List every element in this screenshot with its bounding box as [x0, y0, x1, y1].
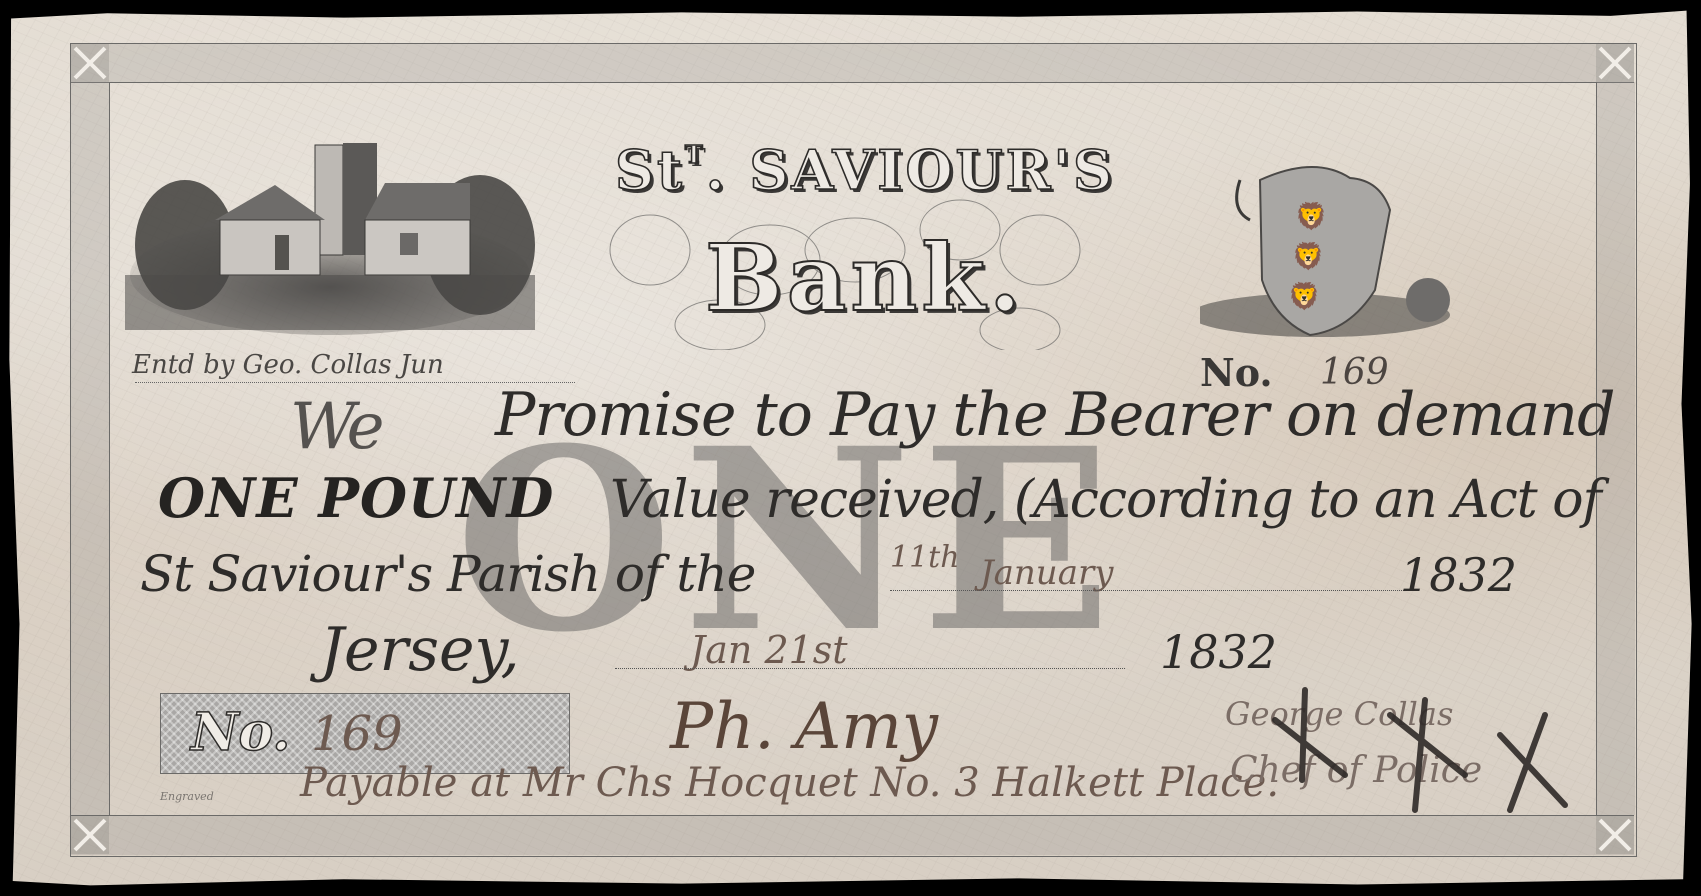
act-year: 1832	[1400, 548, 1517, 602]
entered-by-text: Entd by Geo. Collas Jun	[132, 350, 444, 380]
act-month: January	[980, 553, 1113, 593]
parish-text: St Saviour's Parish of the	[140, 545, 755, 603]
engraver-imprint: Engraved	[160, 790, 214, 803]
act-day: 11th	[890, 540, 960, 575]
cancellation-marks-icon	[1260, 660, 1600, 820]
corner-cross-icon	[1596, 816, 1634, 854]
church-vignette-icon	[125, 125, 535, 335]
bank-name-prefix: St	[615, 138, 685, 202]
promise-text: Promise to Pay the Bearer on demand	[495, 380, 1614, 450]
corner-cross-icon	[1596, 44, 1634, 82]
bank-name-title: StT. SAVIOUR'S	[610, 138, 1120, 202]
corner-cross-icon	[71, 816, 109, 854]
panel-serial-label: No.	[191, 702, 290, 763]
svg-text:🦁: 🦁	[1288, 281, 1320, 312]
svg-text:🦁: 🦁	[1292, 241, 1324, 272]
denomination-text: ONE POUND	[158, 466, 554, 530]
promise-prefix: We	[290, 390, 380, 464]
corner-cross-icon	[71, 44, 109, 82]
svg-text:🦁: 🦁	[1295, 201, 1327, 232]
act-date-line	[890, 590, 1410, 591]
issue-date: Jan 21st	[690, 628, 848, 672]
bank-name-main: . SAVIOUR'S	[706, 138, 1115, 202]
value-received-text: Value received, (According to an Act of	[610, 470, 1601, 530]
jersey-shield-lion-icon: 🦁 🦁 🦁	[1200, 150, 1470, 340]
panel-serial-number: 169	[311, 706, 403, 762]
issue-date-line	[615, 668, 1125, 669]
signature: Ph. Amy	[670, 690, 938, 764]
bank-name-subtitle: Bank.	[700, 232, 1030, 324]
place-text: Jersey,	[320, 615, 520, 685]
payable-text: Payable at Mr Chs Hocquet No. 3 Halkett …	[300, 760, 1279, 806]
